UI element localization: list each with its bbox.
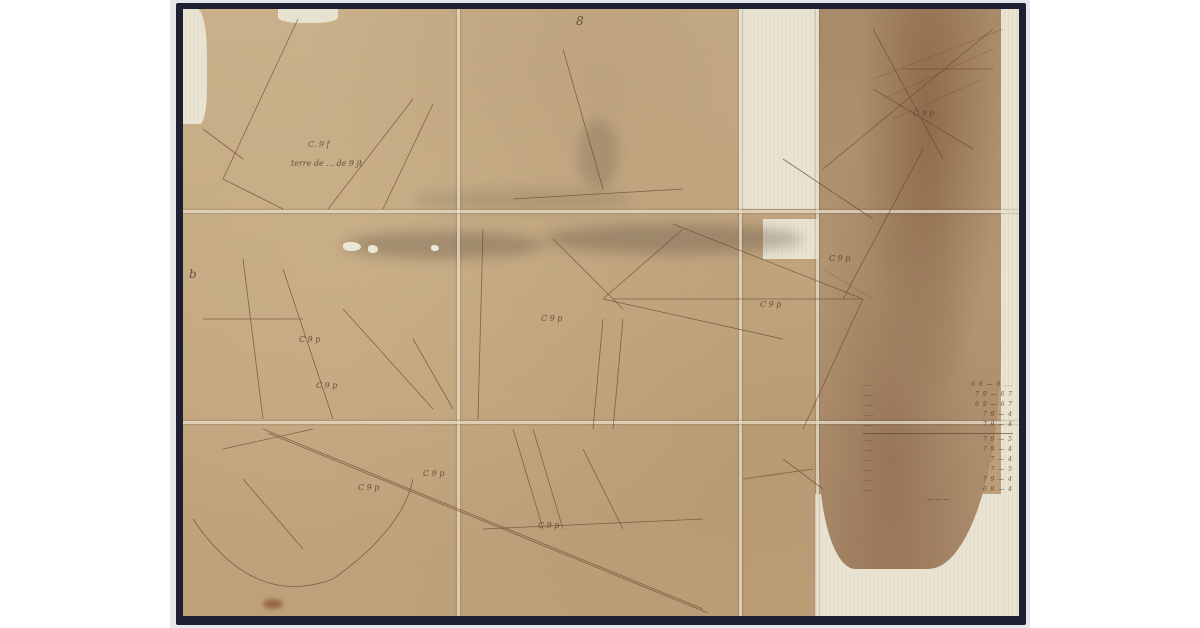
legend-total-value: — — —: [927, 496, 949, 506]
legend-values: 7 9 — 4: [983, 411, 1013, 421]
legend-values: 7 9 — 6 7: [975, 391, 1013, 401]
parcel-label: C. 9 f: [308, 140, 330, 149]
parcel-label: C 9 p: [538, 521, 559, 530]
area-legend: ......6 9 — 6 ... ......7 9 — 6 7 ......…: [863, 381, 1013, 506]
legend-row: ......7 9 — 4: [863, 421, 1013, 431]
legend-label: ......: [863, 486, 874, 496]
legend-values: 6 9 — 4: [983, 486, 1013, 496]
legend-label: ......: [863, 421, 874, 431]
legend-values: 6 9 — 6 7: [975, 401, 1013, 411]
map-viewer: 8 b C. 9 f terre de ... de 9 jt C 9 p C …: [0, 0, 1200, 628]
map-sheet: 8 b C. 9 f terre de ... de 9 jt C 9 p C …: [183, 9, 1019, 616]
parcel-label: C 9 p: [316, 381, 337, 390]
survey-linework: [183, 9, 1019, 616]
parcel-label: C 9 p: [423, 469, 444, 478]
legend-values: 7 9 — 5: [983, 436, 1013, 446]
edge-mark: b: [189, 267, 197, 281]
legend-label: ......: [863, 401, 874, 411]
legend-label: ......: [863, 446, 874, 456]
parcel-label: C 9 p: [541, 314, 562, 323]
legend-row: ......7 — 4: [863, 456, 1013, 466]
legend-total: — — —: [863, 496, 1013, 506]
legend-row: ......6 9 — 4: [863, 486, 1013, 496]
parcel-label: C 9 p: [299, 335, 320, 344]
parcel-label: C 9 p: [913, 109, 934, 118]
parcel-note: terre de ... de 9 jt: [291, 159, 362, 168]
legend-row: ......6 9 — 6 7: [863, 401, 1013, 411]
parcel-label: C 9 p: [760, 300, 781, 309]
legend-row: ......7 9 — 6 7: [863, 391, 1013, 401]
legend-values: 7 9 — 4: [983, 421, 1013, 431]
legend-label: ......: [863, 476, 874, 486]
legend-values: 7 9 — 4: [983, 476, 1013, 486]
parcel-label: C 9 p: [358, 483, 379, 492]
legend-label: ......: [863, 456, 874, 466]
legend-label: ......: [863, 436, 874, 446]
legend-label: ......: [863, 466, 874, 476]
sheet-number: 8: [576, 14, 584, 28]
legend-values: 7 — 4: [991, 456, 1013, 466]
legend-values: 7 9 — 4: [983, 446, 1013, 456]
legend-row: ......7 9 — 4: [863, 476, 1013, 486]
legend-values: 7 — 5: [991, 466, 1013, 476]
legend-row: ......7 9 — 5: [863, 436, 1013, 446]
legend-divider: [863, 433, 1013, 434]
legend-row: ......7 — 5: [863, 466, 1013, 476]
legend-values: 6 9 — 6 ...: [971, 381, 1013, 391]
legend-label: ......: [863, 411, 874, 421]
legend-label: ......: [863, 391, 874, 401]
parcel-label: C 9 p: [829, 254, 850, 263]
legend-row: ......7 9 — 4: [863, 446, 1013, 456]
legend-label: ......: [863, 381, 874, 391]
legend-row: ......6 9 — 6 ...: [863, 381, 1013, 391]
legend-row: ......7 9 — 4: [863, 411, 1013, 421]
